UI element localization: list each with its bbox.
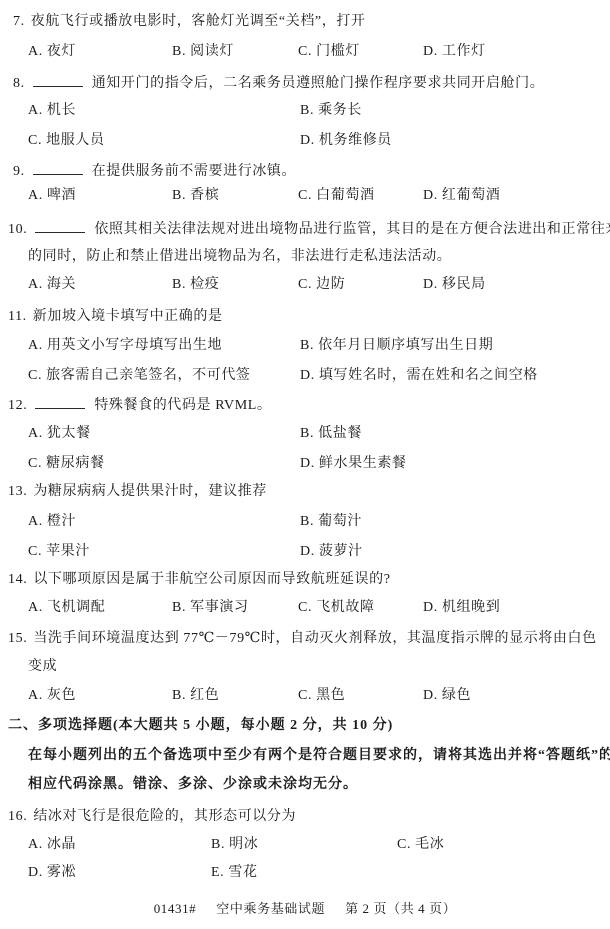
question-16-number: 16.	[8, 809, 27, 824]
question-9-options: A. 啤酒 B. 香槟 C. 白葡萄酒 D. 红葡萄酒	[0, 186, 610, 208]
question-9-text: 在提供服务前不需要进行冰镇。	[92, 164, 296, 179]
question-10-option-b: B. 检疫	[172, 275, 219, 295]
question-14-option-c: C. 飞机故障	[298, 598, 375, 618]
question-10-options: A. 海关 B. 检疫 C. 边防 D. 移民局	[0, 275, 610, 297]
question-7-text: 夜航飞行或播放电影时，客舱灯光调至“关档”，打开	[31, 14, 366, 29]
question-11-option-c: C. 旅客需自己亲笔签名，不可代签	[28, 366, 251, 386]
question-16-options-row-2: D. 雾凇 E. 雪花	[0, 863, 610, 885]
question-11-option-d: D. 填写姓名时，需在姓和名之间空格	[300, 366, 538, 386]
question-14-option-a: A. 飞机调配	[28, 598, 105, 618]
question-9-option-d: D. 红葡萄酒	[423, 186, 500, 206]
question-9-option-b: B. 香槟	[172, 186, 219, 206]
question-10-option-d: D. 移民局	[423, 275, 486, 295]
question-13-options-row-2: C. 苹果汁 D. 菠萝汁	[0, 542, 610, 564]
question-14: 14.以下哪项原因是属于非航空公司原因而导致航班延误的?	[8, 570, 391, 590]
question-8-number: 8.	[13, 76, 25, 91]
page-footer: 01431#空中乘务基础试题第 2 页（共 4 页）	[0, 899, 610, 919]
question-7-options: A. 夜灯 B. 阅读灯 C. 门槛灯 D. 工作灯	[0, 42, 610, 64]
question-11-option-a: A. 用英文小写字母填写出生地	[28, 336, 222, 356]
section-2-instructions-text-1: 在每小题列出的五个备选项中至少有两个是符合题目要求的，请将其选出并将“答题纸”的	[28, 748, 610, 763]
answer-blank	[33, 161, 83, 175]
question-15-option-b: B. 红色	[172, 686, 219, 706]
question-16: 16.结冰对飞行是很危险的，其形态可以分为	[8, 807, 296, 827]
question-16-text: 结冰对飞行是很危险的，其形态可以分为	[33, 809, 296, 824]
footer-page-number: 第 2 页（共 4 页）	[345, 901, 456, 916]
question-8-option-c: C. 地服人员	[28, 131, 105, 151]
question-14-text: 以下哪项原因是属于非航空公司原因而导致航班延误的?	[33, 572, 390, 587]
question-8: 8.通知开门的指令后，二名乘务员遵照舱门操作程序要求共同开启舱门。	[13, 73, 544, 94]
question-15: 15.当洗手间环境温度达到 77℃－79℃时，自动灭火剂释放，其温度指示牌的显示…	[8, 629, 597, 649]
answer-blank	[33, 73, 83, 87]
question-16-option-b: B. 明冰	[211, 835, 258, 855]
answer-blank	[35, 395, 85, 409]
question-15-option-c: C. 黑色	[298, 686, 345, 706]
question-15-options: A. 灰色 B. 红色 C. 黑色 D. 绿色	[0, 686, 610, 708]
section-2-heading: 二、多项选择题(本大题共 5 小题，每小题 2 分，共 10 分)	[8, 716, 393, 736]
question-12: 12.特殊餐食的代码是 RVML。	[8, 395, 272, 416]
question-14-option-d: D. 机组晚到	[423, 598, 500, 618]
question-16-option-d: D. 雾凇	[28, 863, 76, 883]
question-16-option-a: A. 冰晶	[28, 835, 76, 855]
question-10-number: 10.	[8, 222, 27, 237]
question-11-options-row-1: A. 用英文小写字母填写出生地 B. 依年月日顺序填写出生日期	[0, 336, 610, 358]
question-8-option-b: B. 乘务长	[300, 101, 362, 121]
question-11-options-row-2: C. 旅客需自己亲笔签名，不可代签 D. 填写姓名时，需在姓和名之间空格	[0, 366, 610, 388]
exam-paper-page: 7.夜航飞行或播放电影时，客舱灯光调至“关档”，打开 A. 夜灯 B. 阅读灯 …	[0, 0, 610, 929]
question-13-option-d: D. 菠萝汁	[300, 542, 363, 562]
question-15-text-line-2: 变成	[28, 657, 57, 677]
question-12-option-a: A. 犹太餐	[28, 424, 91, 444]
question-12-options-row-2: C. 糖尿病餐 D. 鲜水果生素餐	[0, 454, 610, 476]
question-8-option-d: D. 机务维修员	[300, 131, 392, 151]
question-13-text: 为糖尿病病人提供果汁时，建议推荐	[33, 484, 267, 499]
footer-exam-title: 空中乘务基础试题	[216, 901, 325, 916]
question-8-text: 通知开门的指令后，二名乘务员遵照舱门操作程序要求共同开启舱门。	[92, 76, 545, 91]
question-13-number: 13.	[8, 484, 27, 499]
question-11-option-b: B. 依年月日顺序填写出生日期	[300, 336, 493, 356]
question-9-number: 9.	[13, 164, 25, 179]
question-7-option-c: C. 门槛灯	[298, 42, 360, 62]
question-10-text: 依照其相关法律法规对进出境物品进行监管，其目的是在方便合法进出和正常往来	[94, 222, 610, 237]
question-8-options-row-2: C. 地服人员 D. 机务维修员	[0, 131, 610, 153]
question-13-option-c: C. 苹果汁	[28, 542, 90, 562]
question-10-text-continued: 的同时，防止和禁止借进出境物品为名，非法进行走私违法活动。	[28, 249, 451, 264]
question-11-number: 11.	[8, 309, 27, 324]
question-8-options-row-1: A. 机长 B. 乘务长	[0, 101, 610, 123]
question-15-option-a: A. 灰色	[28, 686, 76, 706]
question-15-text: 当洗手间环境温度达到 77℃－79℃时，自动灭火剂释放，其温度指示牌的显示将由白…	[33, 631, 596, 646]
question-14-option-b: B. 军事演习	[172, 598, 249, 618]
question-10-option-c: C. 边防	[298, 275, 345, 295]
question-15-number: 15.	[8, 631, 27, 646]
question-11: 11.新加坡入境卡填写中正确的是	[8, 307, 223, 327]
question-16-options-row-1: A. 冰晶 B. 明冰 C. 毛冰	[0, 835, 610, 857]
question-16-option-e: E. 雪花	[211, 863, 258, 883]
question-13-option-b: B. 葡萄汁	[300, 512, 362, 532]
section-2-instructions-line-1: 在每小题列出的五个备选项中至少有两个是符合题目要求的，请将其选出并将“答题纸”的	[28, 746, 610, 766]
question-15-option-d: D. 绿色	[423, 686, 471, 706]
question-9-option-c: C. 白葡萄酒	[298, 186, 375, 206]
question-14-options: A. 飞机调配 B. 军事演习 C. 飞机故障 D. 机组晚到	[0, 598, 610, 620]
question-13: 13.为糖尿病病人提供果汁时，建议推荐	[8, 482, 267, 502]
answer-blank	[35, 219, 85, 233]
question-9: 9.在提供服务前不需要进行冰镇。	[13, 161, 296, 182]
question-8-option-a: A. 机长	[28, 101, 76, 121]
question-11-text: 新加坡入境卡填写中正确的是	[33, 309, 223, 324]
question-9-option-a: A. 啤酒	[28, 186, 76, 206]
question-16-option-c: C. 毛冰	[397, 835, 444, 855]
question-7-option-a: A. 夜灯	[28, 42, 76, 62]
question-13-options-row-1: A. 橙汁 B. 葡萄汁	[0, 512, 610, 534]
question-7-option-b: B. 阅读灯	[172, 42, 234, 62]
question-12-option-d: D. 鲜水果生素餐	[300, 454, 407, 474]
footer-exam-code: 01431#	[154, 901, 197, 916]
question-7: 7.夜航飞行或播放电影时，客舱灯光调至“关档”，打开	[13, 12, 366, 32]
question-10-option-a: A. 海关	[28, 275, 76, 295]
question-12-number: 12.	[8, 398, 27, 413]
question-13-option-a: A. 橙汁	[28, 512, 76, 532]
section-2-heading-text: 二、多项选择题(本大题共 5 小题，每小题 2 分，共 10 分)	[8, 718, 393, 733]
question-12-option-c: C. 糖尿病餐	[28, 454, 105, 474]
section-2-instructions-line-2: 相应代码涂黑。错涂、多涂、少涂或未涂均无分。	[28, 775, 358, 795]
question-12-options-row-1: A. 犹太餐 B. 低盐餐	[0, 424, 610, 446]
question-14-number: 14.	[8, 572, 27, 587]
question-15-text-continued: 变成	[28, 659, 57, 674]
question-10-text-line-2: 的同时，防止和禁止借进出境物品为名，非法进行走私违法活动。	[28, 247, 451, 267]
question-10: 10.依照其相关法律法规对进出境物品进行监管，其目的是在方便合法进出和正常往来	[8, 219, 610, 240]
question-12-text: 特殊餐食的代码是 RVML。	[94, 398, 271, 413]
question-7-number: 7.	[13, 14, 25, 29]
section-2-instructions-text-2: 相应代码涂黑。错涂、多涂、少涂或未涂均无分。	[28, 777, 358, 792]
question-12-option-b: B. 低盐餐	[300, 424, 362, 444]
question-7-option-d: D. 工作灯	[423, 42, 486, 62]
